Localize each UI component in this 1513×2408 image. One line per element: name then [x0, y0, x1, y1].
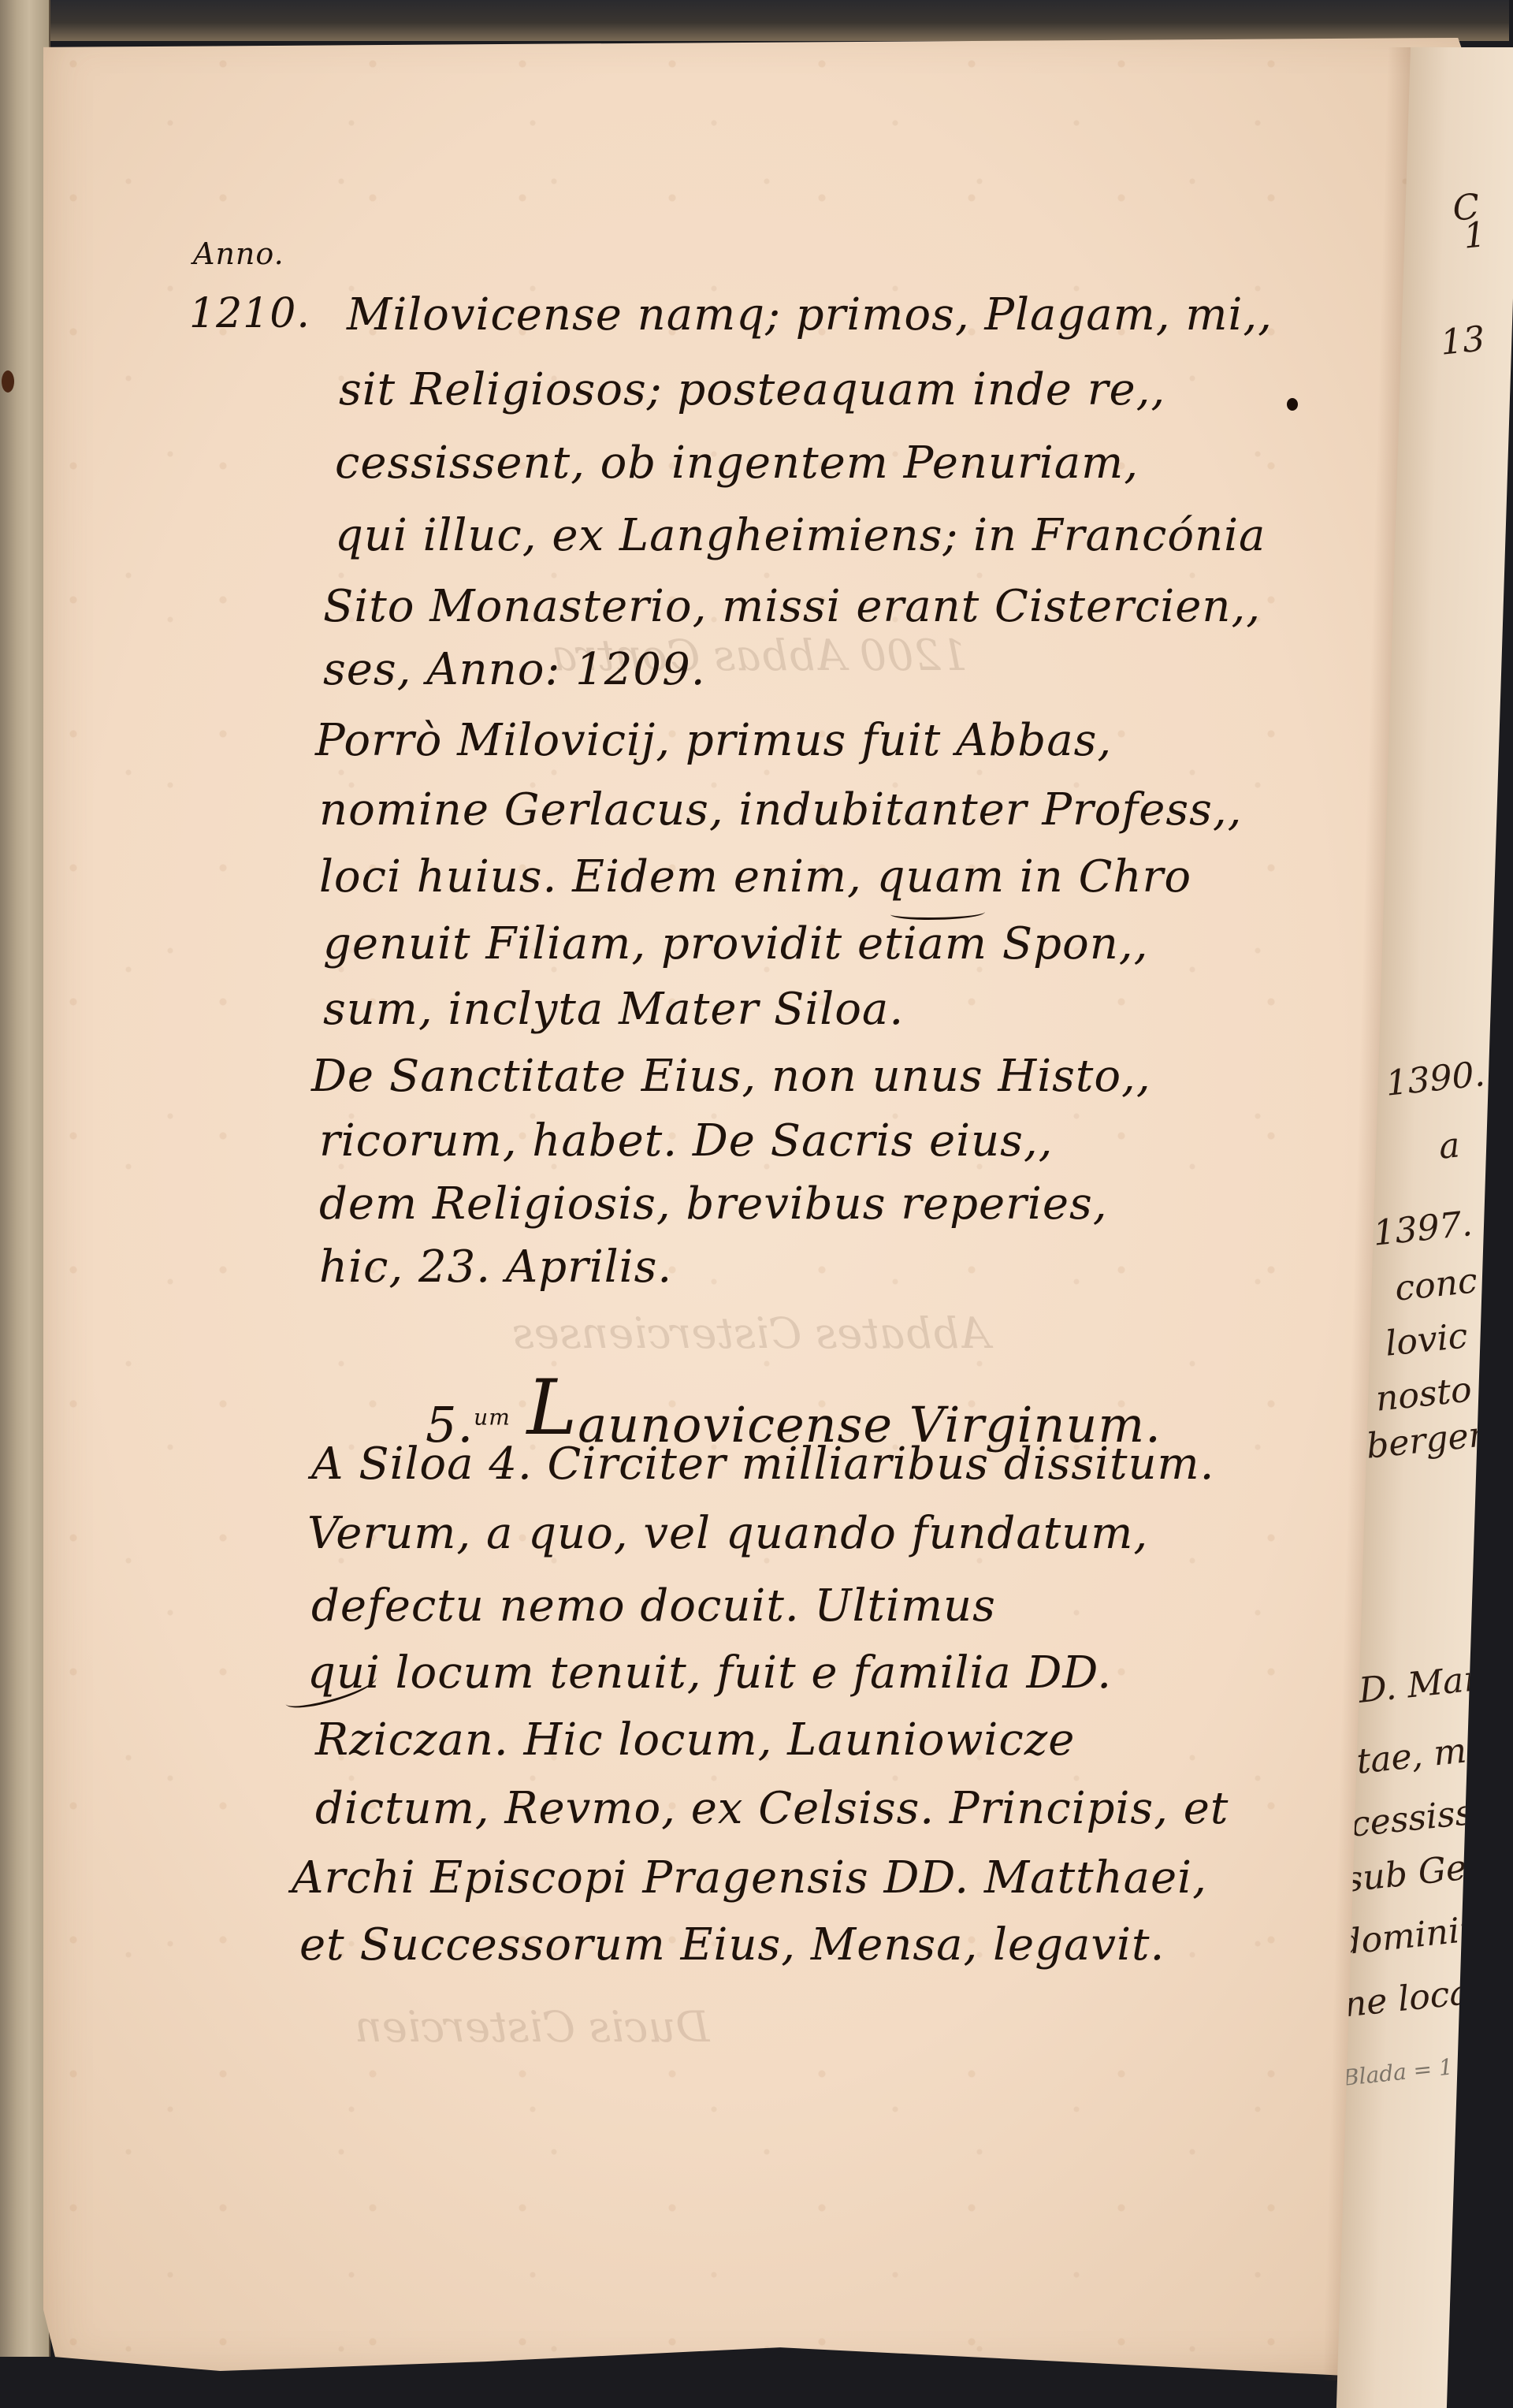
- text-line: nomine Gerlacus, indubitanter Profess,,: [319, 788, 1242, 832]
- text-line: sit Religiosos; posteaquam inde re,,: [339, 368, 1165, 412]
- text-line: dictum, Revmo, ex Celsiss. Principis, et: [315, 1787, 1229, 1831]
- text-line: De Sanctitate Eius, non unus Histo,,: [311, 1055, 1151, 1099]
- text-line: qui illuc, ex Langheimiens; in Francónia: [335, 514, 1266, 558]
- text-line: Porrò Milovicij, primus fuit Abbas,: [315, 719, 1112, 763]
- text-line: loci huius. Eidem enim, quam in Chro: [319, 855, 1191, 899]
- manuscript-photo: 1200 Abbas Contra Abbates Cistercienses …: [0, 0, 1513, 2408]
- text-line: qui locum tenuit, fuit e familia DD.: [307, 1651, 1112, 1695]
- text-line: ses, Anno: 1209.: [323, 648, 706, 692]
- section-number-superscript: um: [474, 1404, 511, 1430]
- manuscript-text: Anno. 1210. Milovicense namq; primos, Pl…: [0, 0, 1513, 2408]
- ink-blot: [1287, 398, 1298, 411]
- text-line: Verum, a quo, vel quando fundatum,: [307, 1512, 1148, 1556]
- text-line: ricorum, habet. De Sacris eius,,: [319, 1119, 1053, 1163]
- text-line: hic, 23. Aprilis.: [319, 1245, 672, 1290]
- text-line: Archi Episcopi Pragensis DD. Matthaei,: [292, 1856, 1207, 1900]
- text-line: cessissent, ob ingentem Penuriam,: [335, 441, 1139, 486]
- text-line: et Successorum Eius, Mensa, legavit.: [299, 1923, 1165, 1967]
- text-line: defectu nemo docuit. Ultimus: [311, 1584, 996, 1628]
- text-line: genuit Filiam, providit etiam Spon,,: [323, 922, 1148, 966]
- margin-anno-label: Anno.: [193, 236, 284, 271]
- margin-year: 1210.: [189, 290, 310, 337]
- text-line: dem Religiosis, brevibus reperies,: [319, 1182, 1108, 1226]
- text-line: Rziczan. Hic locum, Launiowicze: [315, 1718, 1075, 1762]
- text-line: A Siloa 4. Circiter milliaribus dissitum…: [311, 1442, 1214, 1487]
- text-line: Sito Monasterio, missi erant Cistercien,…: [323, 585, 1261, 629]
- text-line: Milovicense namq; primos, Plagam, mi,,: [347, 293, 1273, 337]
- text-line: sum, inclyta Mater Siloa.: [323, 988, 904, 1032]
